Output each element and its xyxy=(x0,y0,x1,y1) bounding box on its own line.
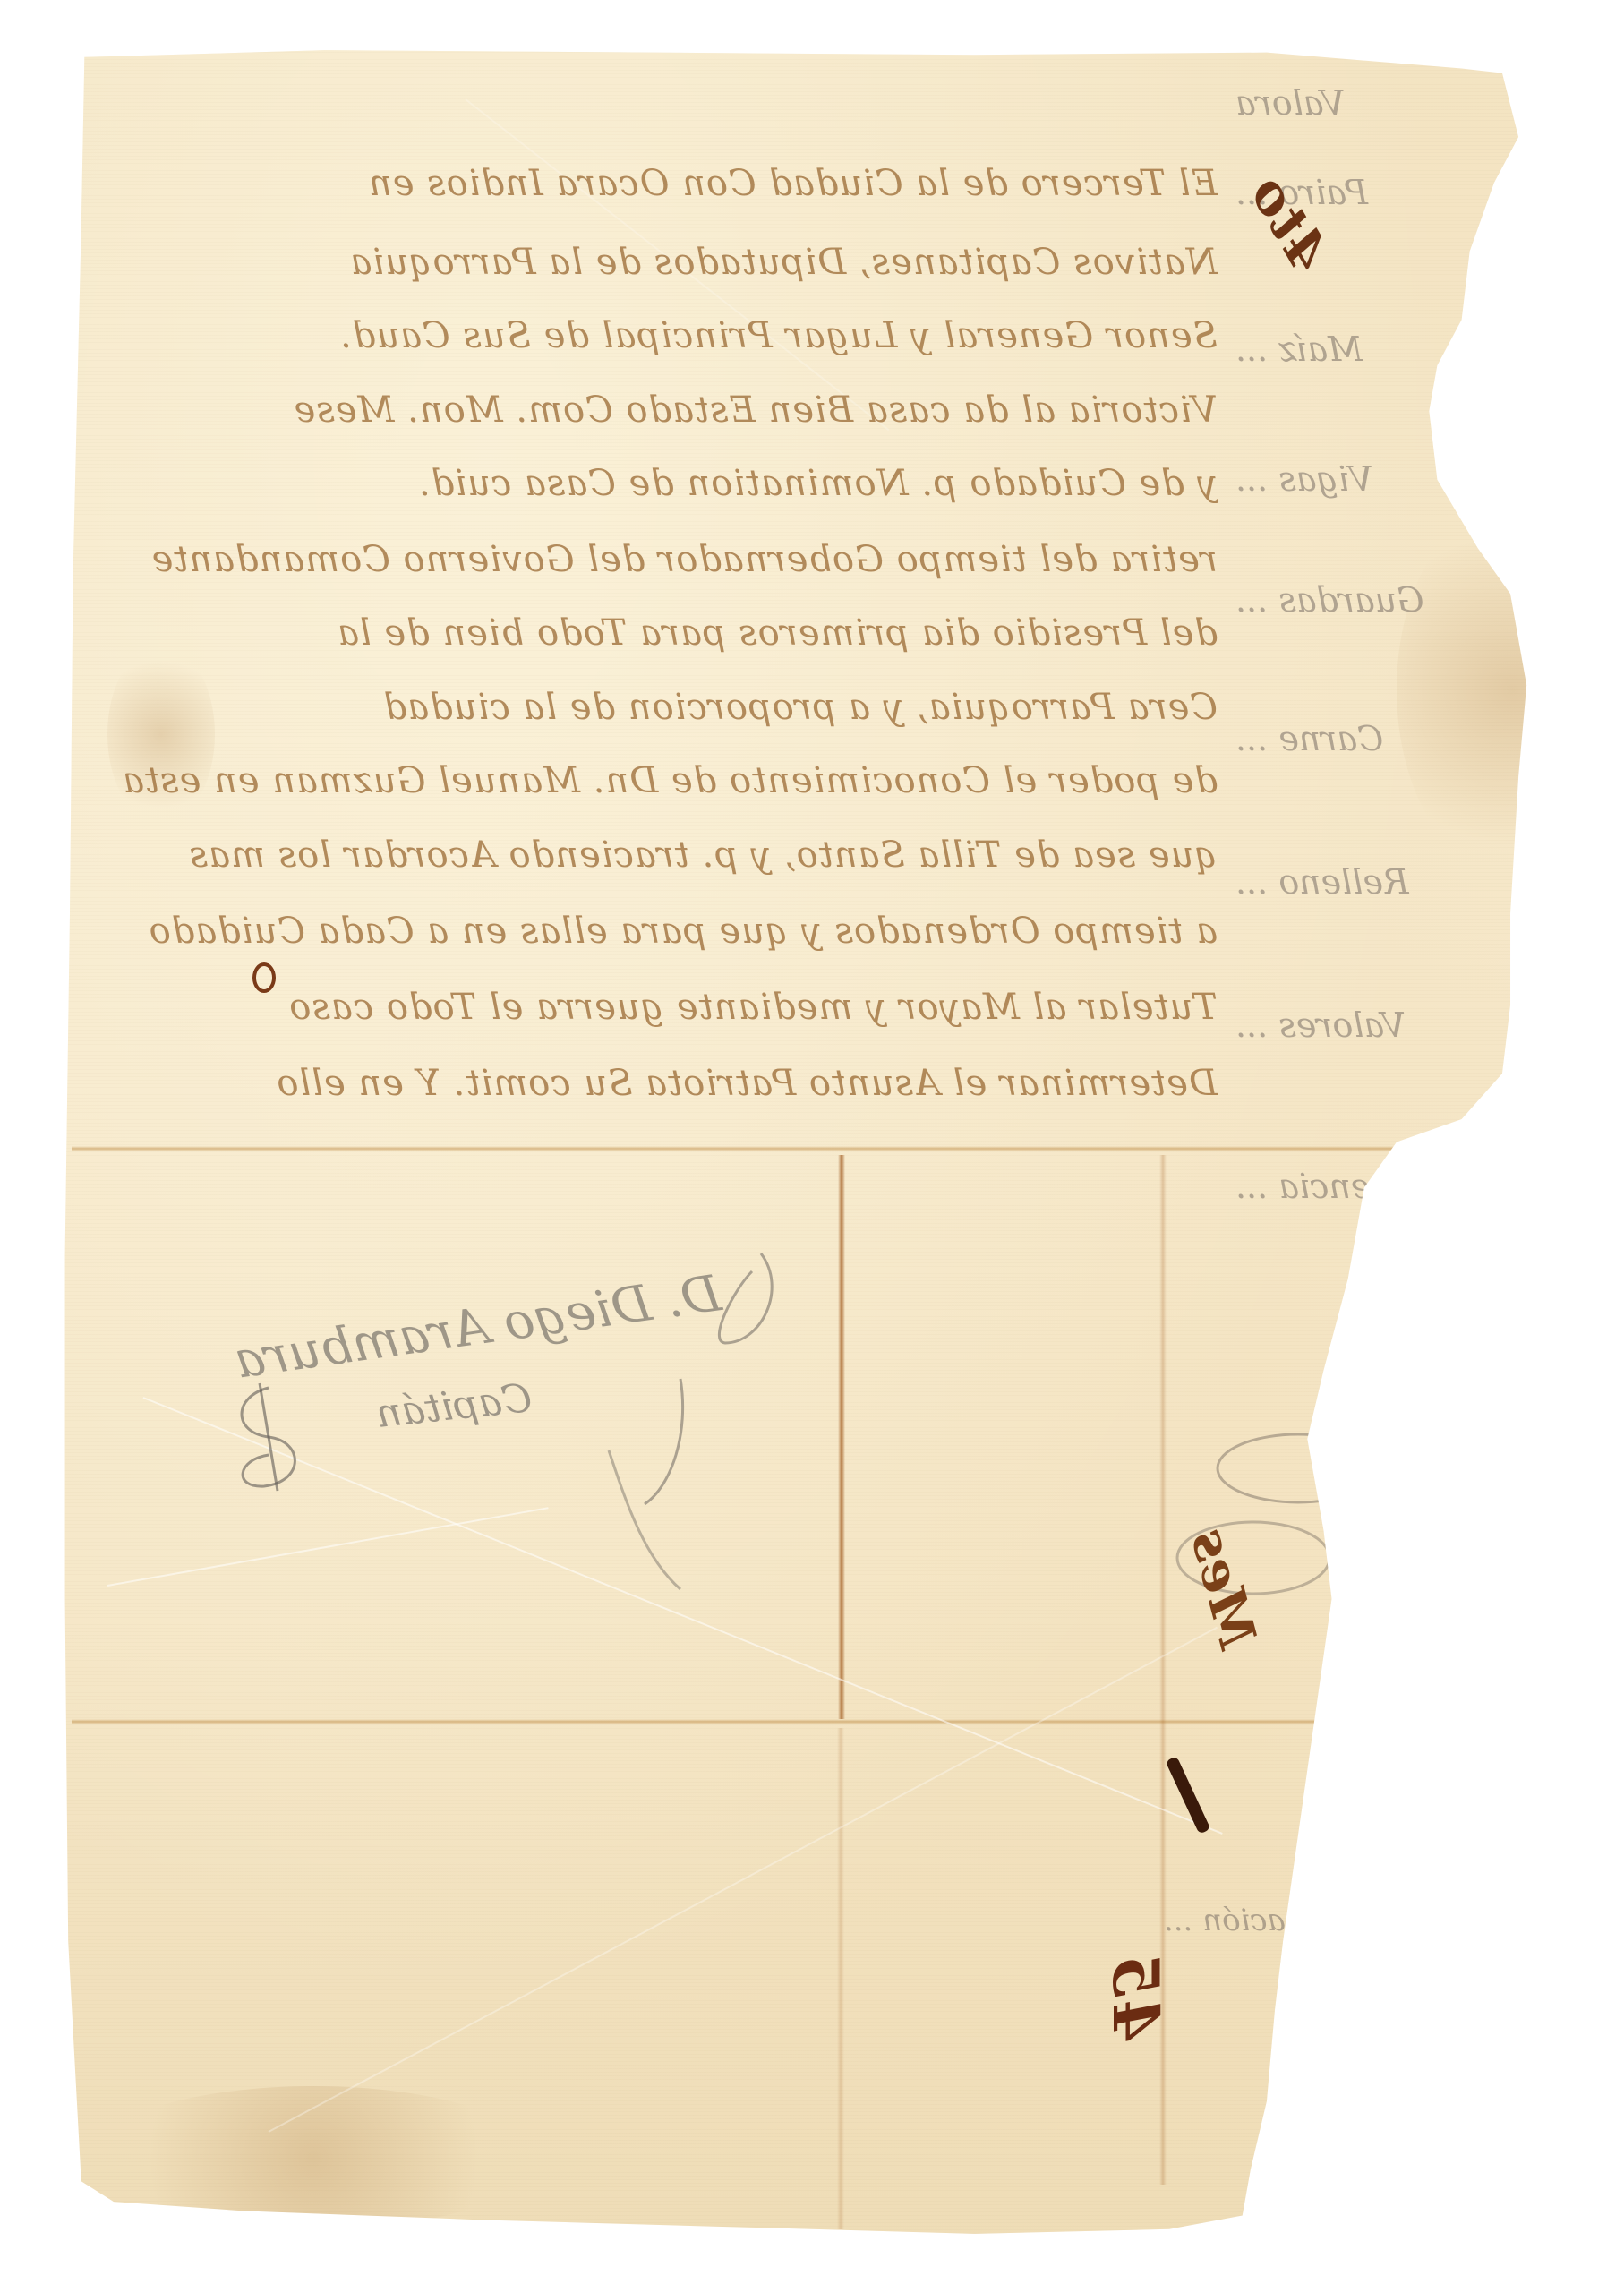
body-line: del Presidio dia primeros para Todo bien… xyxy=(107,606,1218,660)
margin-label: Valores ... xyxy=(1235,1003,1504,1048)
ink-stroke-mark xyxy=(1166,1756,1211,1834)
body-line: Senor General y Lugar Principal de Sus C… xyxy=(107,309,1218,363)
body-line: y de Cuidado p. Nomination de Casa cuid. xyxy=(107,457,1218,510)
signature-flourish-icon xyxy=(466,1236,806,1612)
margin-label: Carne ... xyxy=(1235,716,1504,761)
circle-ink-mark xyxy=(252,962,276,993)
margin-rule xyxy=(1289,124,1504,124)
paper-crease xyxy=(269,1627,1218,2133)
margin-label: Ración ... xyxy=(1164,1898,1379,1943)
signature-rubric-icon xyxy=(215,1379,322,1495)
body-line: que sea de Tilla Santo, y p. traciendo A… xyxy=(107,828,1218,882)
body-line: Victoria al da casa Bien Estado Com. Mon… xyxy=(107,383,1218,437)
body-line: Nativos Capitanes, Diputados de la Parro… xyxy=(107,235,1218,289)
margin-label: Relleno ... xyxy=(1235,860,1504,904)
body-line: Tutelar al Mayor y mediante guerra el To… xyxy=(107,980,1218,1034)
horizontal-fold-upper xyxy=(72,1146,1397,1151)
vertical-fold-faint xyxy=(837,1728,844,2229)
paper-stain xyxy=(1397,501,1624,877)
margin-label: Guardas ... xyxy=(1235,577,1504,622)
margin-label: Asistencia ... xyxy=(1235,1164,1504,1209)
body-line: Determinar el Asunto Patriota Su comit. … xyxy=(107,1056,1218,1110)
body-line: El Tercero de la Ciudad Con Ocara Indios… xyxy=(107,157,1218,210)
manuscript-page: El Tercero de la Ciudad Con Ocara Indios… xyxy=(0,0,1624,2284)
margin-label: Vigas ... xyxy=(1235,457,1504,501)
margin-label: Maíz ... xyxy=(1235,327,1504,372)
body-line: Cera Parroquia, y a proporcion de la ciu… xyxy=(107,680,1218,734)
ink-annotation: 45 xyxy=(1098,1955,1173,2041)
horizontal-fold-lower xyxy=(72,1719,1325,1724)
body-line: retira del tiempo Gobernador del Goviern… xyxy=(107,533,1218,586)
margin-label: Valora xyxy=(1235,81,1504,125)
body-line: a tiempo Ordenados y que para ellas en a… xyxy=(107,904,1218,958)
vertical-fold xyxy=(838,1155,845,1719)
body-line: de poder el Conocimiento de Dn. Manuel G… xyxy=(107,754,1218,808)
